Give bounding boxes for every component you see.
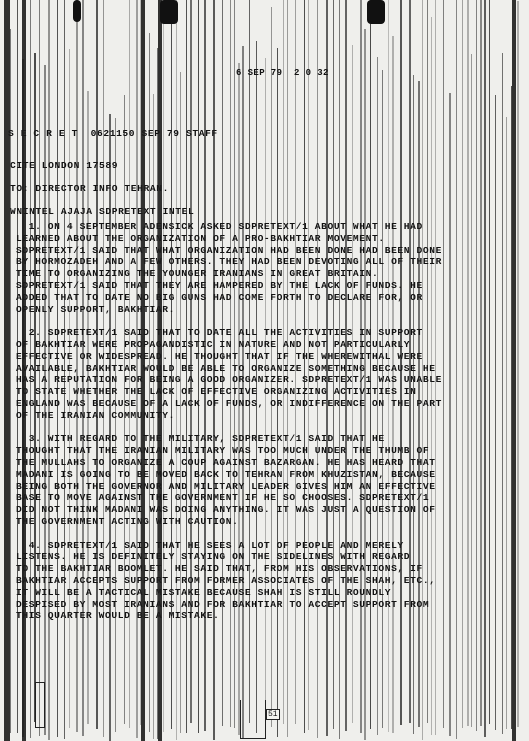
cable-text-line: TO STATE WHETHER THE LACK OF EFFECTIVE O… — [16, 386, 417, 397]
cable-text-line: 4. SDPRETEXT/1 SAID THAT HE SEES A LOT O… — [16, 540, 404, 551]
cable-text-line: TIME TO ORGANIZING THE YOUNGER IRANIANS … — [16, 268, 378, 279]
receipt-stamp: 6 SEP 79 2 0 32 — [236, 68, 329, 78]
slug-line: WNINTEL AJAJA SDPRETEXT INTEL — [10, 206, 194, 217]
cable-text-line: THIS QUARTER WOULD BE A MISTAKE. — [16, 610, 219, 621]
cable-text-line: THOUGHT THAT THE IRANIAN MILITARY WAS TO… — [16, 445, 429, 456]
cable-text-line: ENGLAND WAS BECAUSE OF A LACK OF FUNDS, … — [16, 398, 442, 409]
classification-line: S E C R E T 0621150 SEP 79 STAFF — [8, 128, 218, 139]
scan-artifact-blob — [73, 0, 81, 22]
scan-artifact-blob — [160, 0, 178, 24]
cable-text-line: AVAILABLE, BAKHTIAR WOULD BE ABLE TO ORG… — [16, 363, 436, 374]
cable-text-line: 3. WITH REGARD TO THE MILITARY, SDPRETEX… — [16, 433, 385, 444]
cable-text-line: BEING BOTH THE GOVERNOR AND MILITARY LEA… — [16, 481, 436, 492]
cable-text-line: 1. ON 4 SEPTEMBER ADENSICK ASKED SDPRETE… — [16, 221, 423, 232]
cable-text-line: OPENLY SUPPORT, BAKHTIAR. — [16, 304, 175, 315]
cable-text-line: THE GOVERNMENT ACTING WITH CAUTION. — [16, 516, 239, 527]
cable-text-line: LISTENS. HE IS DEFINITELY STAYING ON THE… — [16, 551, 410, 562]
cable-text-line: TO THE BAKHTIAR BOOMLET. HE SAID THAT, F… — [16, 563, 423, 574]
addressee-line: TO: DIRECTOR INFO TEHRAN. — [10, 183, 169, 194]
cable-text-line: BASE TO MOVE AGAINST THE GOVERNMENT IF H… — [16, 492, 429, 503]
cable-text-line: THE MULLAHS TO ORGANIZE A COUP AGAINST B… — [16, 457, 436, 468]
cable-text-line: ADDED THAT TO DATE NO BIG GUNS HAD COME … — [16, 292, 423, 303]
cable-text-line: 2. SDPRETEXT/1 SAID THAT TO DATE ALL THE… — [16, 327, 423, 338]
cite-line: CITE LONDON 17589 — [10, 160, 118, 171]
cable-text-line: BY HORMOZADEH AND A FEW OTHERS. THEY HAD… — [16, 256, 442, 267]
cable-text-line: SDPRETEXT/1 SAID THAT WHAT ORGANIZATION … — [16, 245, 442, 256]
cable-text-line: SDPRETEXT/1 SAID THAT THEY ARE HAMPERED … — [16, 280, 423, 291]
cable-text-line: IT WILL BE A TACTICAL MISTAKE BECAUSE SH… — [16, 587, 391, 598]
page-number: 51 — [266, 709, 280, 720]
cable-text-line: HAS A REPUTATION FOR BEING A GOOD ORGANI… — [16, 374, 442, 385]
cable-text-line: OF BAKHTIAR WERE PROPAGANDISTIC IN NATUR… — [16, 339, 410, 350]
cable-text-line: EFFECTIVE OR WIDESPREAD. HE THOUGHT THAT… — [16, 351, 423, 362]
page-tab-box — [240, 700, 266, 739]
cable-text-line: DID NOT THINK MADANI WAS DOING ANYTHING.… — [16, 504, 436, 515]
margin-bracket — [35, 682, 45, 728]
cable-text-line: DESPISED BY MOST IRANIANS AND FOR BAKHTI… — [16, 599, 429, 610]
cable-text-line: OF THE IRANIAN COMMUNITY. — [16, 410, 175, 421]
cable-text-line: MADANI IS GOING TO BE MOVED BACK TO TEHR… — [16, 469, 436, 480]
cable-text-line: BAKHTIAR ACCEPTS SUPPORT FROM FORMER ASS… — [16, 575, 436, 586]
scanned-cable-page: 6 SEP 79 2 0 32 S E C R E T 0621150 SEP … — [0, 0, 529, 741]
scan-artifact-blob — [367, 0, 385, 24]
cable-text-line: LEARNED ABOUT THE ORGANIZATION OF A PRO-… — [16, 233, 385, 244]
document-text: 6 SEP 79 2 0 32 S E C R E T 0621150 SEP … — [0, 0, 529, 741]
